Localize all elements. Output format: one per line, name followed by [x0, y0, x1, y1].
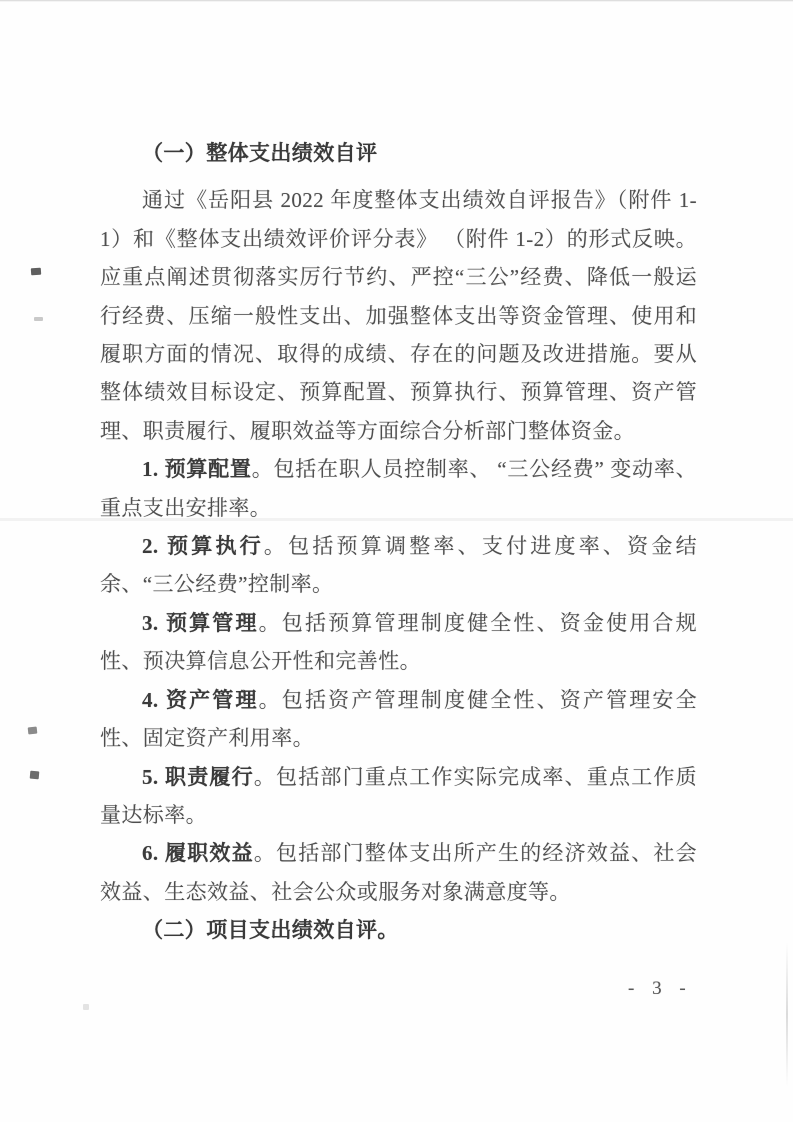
- list-item-label: 6. 履职效益: [142, 841, 254, 865]
- scan-speck: [34, 317, 43, 321]
- scan-speck: [83, 1004, 89, 1010]
- list-item-label: 2. 预算执行: [142, 534, 264, 558]
- list-item-6: 6. 履职效益。包括部门整体支出所产生的经济效益、社会效益、生态效益、社会公众或…: [100, 834, 697, 911]
- scan-edge-line: [0, 0, 793, 2]
- list-item-3: 3. 预算管理。包括预算管理制度健全性、资金使用合规性、预决算信息公开性和完善性…: [100, 604, 697, 681]
- section-heading-2: （二）项目支出绩效自评。: [100, 911, 697, 949]
- list-item-label: 3. 预算管理: [142, 611, 259, 635]
- list-item-1: 1. 预算配置。包括在职人员控制率、 “三公经费” 变动率、重点支出安排率。: [100, 450, 697, 527]
- list-item-4: 4. 资产管理。包括资产管理制度健全性、资产管理安全性、固定资产利用率。: [100, 681, 697, 758]
- list-item-label: 4. 资产管理: [142, 688, 259, 712]
- section-heading-1: （一）整体支出绩效自评: [100, 134, 697, 172]
- list-item-label: 1. 预算配置: [142, 457, 252, 481]
- list-item-label: 5. 职责履行: [142, 765, 254, 789]
- intro-paragraph: 通过《岳阳县 2022 年度整体支出绩效自评报告》（附件 1-1）和《整体支出绩…: [100, 181, 697, 450]
- scan-edge-line: [786, 942, 788, 1087]
- scanned-document-page: （一）整体支出绩效自评 通过《岳阳县 2022 年度整体支出绩效自评报告》（附件…: [0, 0, 793, 1122]
- list-item-5: 5. 职责履行。包括部门重点工作实际完成率、重点工作质量达标率。: [100, 758, 697, 835]
- scan-speck: [30, 771, 40, 780]
- scan-speck: [31, 268, 41, 276]
- list-item-2: 2. 预算执行。包括预算调整率、支付进度率、资金结余、“三公经费”控制率。: [100, 527, 697, 604]
- document-body: （一）整体支出绩效自评 通过《岳阳县 2022 年度整体支出绩效自评报告》（附件…: [100, 134, 697, 950]
- page-number: - 3 -: [628, 978, 688, 1000]
- scan-speck: [28, 727, 38, 735]
